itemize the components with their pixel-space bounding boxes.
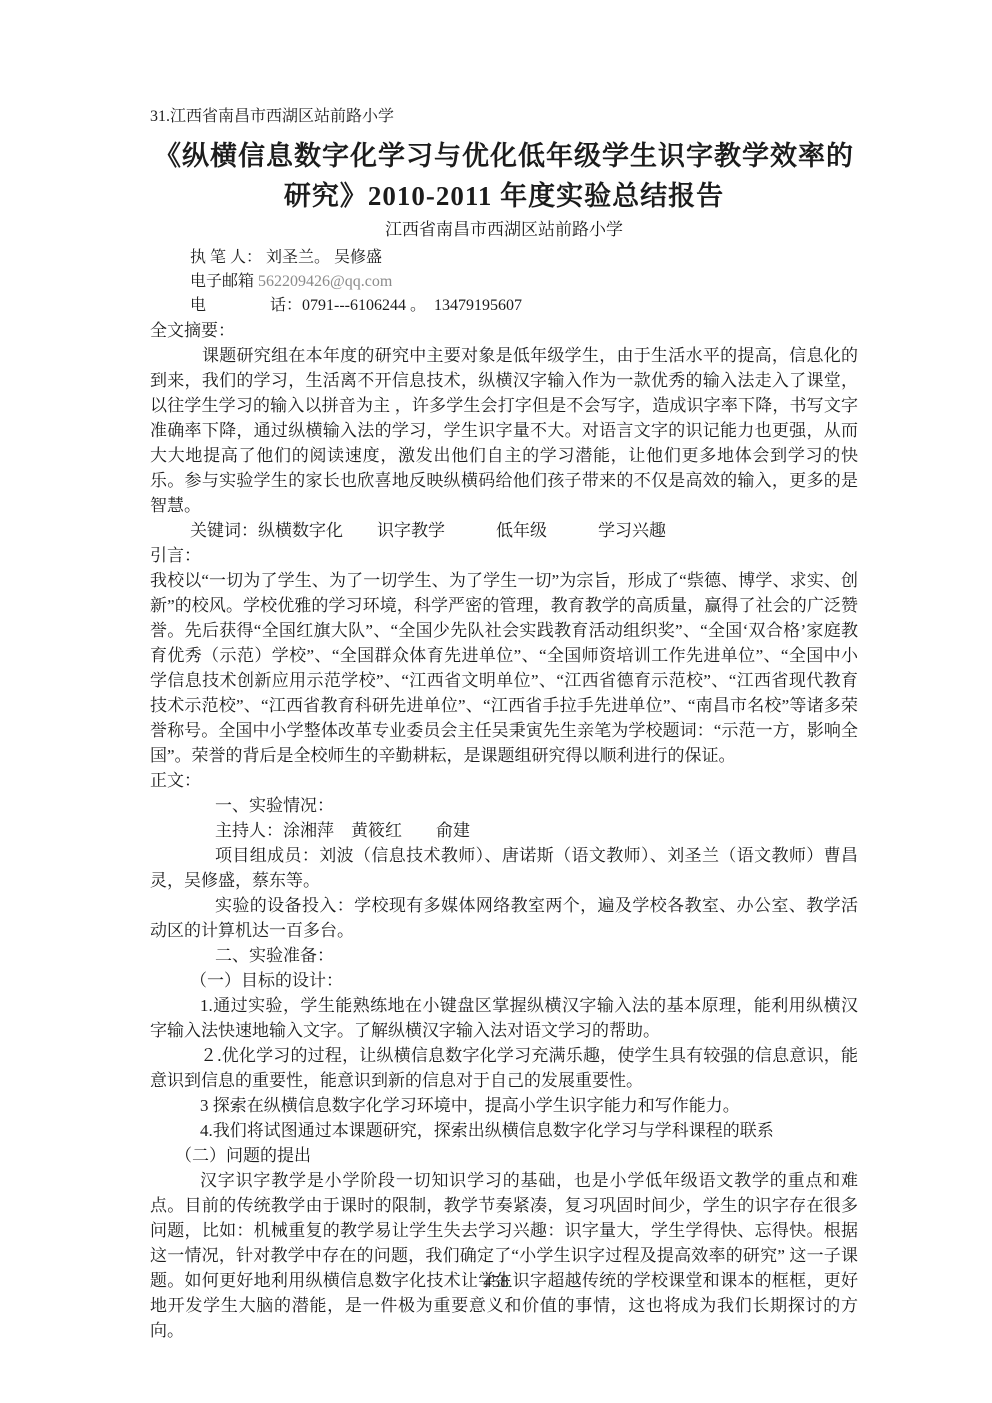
section-1-heading: 一、实验情况： [150,793,858,818]
email-label: 电子邮箱 [190,273,258,290]
doc-number-line: 31.江西省南昌市西湖区站前路小学 [150,106,858,128]
keywords-line: 关键词：纵横数字化 识字教学 低年级 学习兴趣 [150,518,858,543]
abstract-body: 课题研究组在本年度的研究中主要对象是低年级学生，由于生活水平的提高，信息化的到来… [150,343,858,518]
document-content: 31.江西省南昌市西湖区站前路小学 《纵横信息数字化学习与优化低年级学生识字教学… [150,106,858,1343]
introduction-heading: 引言： [150,543,858,568]
writer-line: 执 笔 人： 刘圣兰。 吴修盛 [190,246,858,270]
introduction-body: 我校以“一切为了学生、为了一切学生、为了学生一切”为宗旨，形成了“祡德、博学、求… [150,568,858,768]
report-title-line1: 《纵横信息数字化学习与优化低年级学生识字教学效率的 [154,141,854,171]
team-members-paragraph: 项目组成员：刘波（信息技术教师）、唐诺斯（语文教师）、刘圣兰（语文教师）曹昌灵，… [150,843,858,893]
email-line: 电子邮箱 562209426@qq.com [190,270,858,294]
section-2-heading: 二、实验准备： [150,943,858,968]
document-page: 31.江西省南昌市西湖区站前路小学 《纵横信息数字化学习与优化低年级学生识字教学… [0,0,992,1403]
email-address: 562209426@qq.com [258,273,392,290]
goal-item-1: 1.通过实验，学生能熟练地在小键盘区掌握纵横汉字输入法的基本原理，能利用纵横汉字… [150,993,858,1043]
goal-item-2: ２.优化学习的过程，让纵横信息数字化学习充满乐趣，使学生具有较强的信息意识，能意… [150,1043,858,1093]
main-heading: 正文： [150,768,858,793]
page-number: 458 [0,1272,992,1292]
goal-item-4: 4.我们将试图通过本课题研究，探索出纵横信息数字化学习与学科课程的联系 [150,1118,858,1143]
hosts-line: 主持人：涂湘萍 黄筱红 俞建 [150,818,858,843]
report-title: 《纵横信息数字化学习与优化低年级学生识字教学效率的研究》2010-2011 年度… [150,136,858,216]
abstract-heading: 全文摘要： [150,318,858,343]
equipment-paragraph: 实验的设备投入：学校现有多媒体网络教室两个，遍及学校各教室、办公室、教学活动区的… [150,893,858,943]
subsection-1-heading: （一）目标的设计： [150,968,858,993]
school-subtitle: 江西省南昌市西湖区站前路小学 [150,218,858,242]
phone-line: 电 话：0791---6106244 。 13479195607 [190,294,858,318]
subsection-2-heading: （二）问题的提出 [150,1143,858,1168]
goal-item-3: 3 探索在纵横信息数字化学习环境中，提高小学生识字能力和写作能力。 [150,1093,858,1118]
problem-statement-paragraph: 汉字识字教学是小学阶段一切知识学习的基础，也是小学低年级语文教学的重点和难点。目… [150,1168,858,1343]
report-title-line2: 研究》2010-2011 年度实验总结报告 [284,181,724,211]
contact-block: 执 笔 人： 刘圣兰。 吴修盛 电子邮箱 562209426@qq.com 电 … [190,246,858,318]
document-body: 全文摘要： 课题研究组在本年度的研究中主要对象是低年级学生，由于生活水平的提高，… [150,318,858,1343]
